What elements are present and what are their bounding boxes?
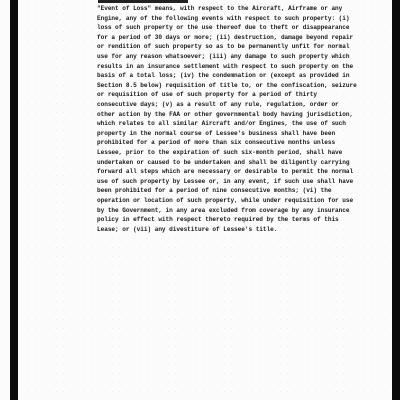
text-line: been prohibited for a period of nine con…	[97, 186, 331, 196]
scan-border-right	[392, 0, 400, 400]
text-line: Lessee, prior to the expiration of such …	[97, 148, 342, 158]
text-line: other action by the FAA or other governm…	[97, 110, 353, 120]
text-line: property in the normal course of Lessee'…	[97, 129, 335, 139]
text-line: for a period of 30 days or more; (ii) de…	[97, 33, 353, 43]
text-line: prohibited for a period of more than six…	[97, 138, 335, 148]
text-line: basis of a total loss; (iv) the condemna…	[97, 71, 349, 81]
text-line: Section 8.5 below) requisition of title …	[97, 81, 357, 91]
text-line: operation or location of such property, …	[97, 196, 353, 206]
scan-top-mark	[98, 0, 188, 3]
text-line: or rendition of such property so as to b…	[97, 42, 349, 52]
text-line: "Event of Loss" means, with respect to t…	[97, 4, 342, 14]
text-line: policy in effect with respect thereto re…	[97, 215, 339, 225]
text-line: use for any reason whatsoever; (iii) any…	[97, 52, 349, 62]
text-line: loss of such property or the use thereof…	[97, 23, 349, 33]
text-line: forward all steps which are necessary or…	[97, 167, 353, 177]
text-line: which relates to all similar Aircraft an…	[97, 119, 346, 129]
text-line: by the Government, in any area excluded …	[97, 206, 349, 216]
text-line: Lease; or (vii) any divestiture of Lesse…	[97, 225, 277, 235]
text-line: use of such property by Lessee or, in an…	[97, 177, 353, 187]
text-line: consecutive days; (v) as a result of any…	[97, 100, 339, 110]
text-line: Engine, any of the following events with…	[97, 14, 349, 24]
text-line: undertaken or caused to be undertaken an…	[97, 158, 349, 168]
text-line: results in an insurance settlement with …	[97, 62, 353, 72]
scan-border-left	[10, 0, 18, 400]
text-line: or requisition of use of such property f…	[97, 90, 317, 100]
